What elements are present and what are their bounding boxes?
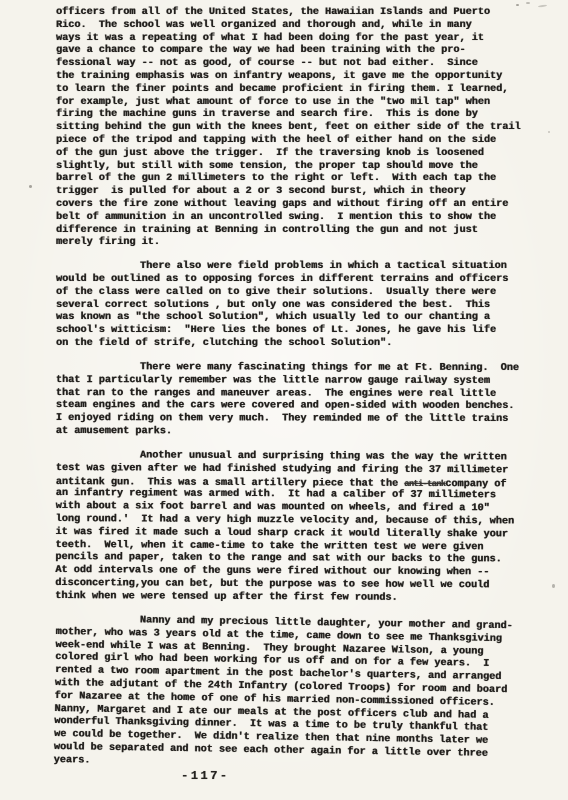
text-line: gave a chance to compare the way we had … [56,45,544,58]
scan-speck [516,4,519,6]
text-line: that I particularly remember was the lit… [56,375,544,389]
line-segment: company of [445,478,506,489]
text-line: covers the fire zone without leaving gap… [56,199,544,212]
text-line: steam engines and the cars were covered … [56,400,544,414]
text-line: I enjoyed riding on them very much. They… [56,413,544,427]
scan-speck [29,185,32,188]
text-line: would be outlined as to opposing forces … [56,274,544,287]
scan-speck [548,131,550,133]
text-line: firing the machine guns in traverse and … [56,109,544,122]
text-line: of the class were called on to give thei… [56,287,544,300]
text-line: merely firing it. [56,237,544,250]
text-line: on the field of strife, clutching the sc… [56,338,544,351]
paragraph-3: There were many fascinating things for m… [56,362,544,440]
text-line: belt of ammunition in an uncontrolled sw… [56,212,544,225]
text-line: school's witticism: "Here lies the bones… [56,325,544,338]
text-line: There were many fascinating things for m… [56,362,544,376]
text-line: difference in training at Benning in con… [56,225,544,238]
typewritten-text-body: officers from all of the United States, … [56,7,544,768]
text-line: at amusement parks. [56,426,544,440]
text-line: Rico. The school was well organized and … [56,20,544,33]
text-line: officers from all of the United States, … [56,7,544,20]
text-line: test was given after we had finished stu… [56,462,544,477]
text-line: of the gun just above the trigger. If th… [56,148,544,161]
text-line: to learn the finer points and became pro… [56,84,544,97]
text-line: was known as "the school Solution", whic… [56,312,544,325]
paragraph-2: There also were field problems in which … [56,261,544,351]
paragraph-5: Nanny and my precious little daughter, y… [54,614,544,775]
text-line: the training emphasis was on infantry we… [56,71,544,84]
text-line: sitting behind the gun with the knees be… [56,122,544,135]
page-number: -117- [181,769,230,783]
paragraph-4: Another unusual and surprising thing was… [55,450,544,606]
text-line: slightly, but still with some tension, t… [56,161,544,174]
scan-speck [552,584,555,588]
text-line: that ran to the ranges and maneuver area… [56,387,544,401]
document-page: officers from all of the United States, … [0,0,568,800]
paragraph-1: officers from all of the United States, … [56,7,544,250]
struck-out-text: anti-tank [404,478,445,488]
text-line: trigger is pulled for about a 2 or 3 sec… [56,186,544,199]
line-segment: antitank gun. This was a small artillery… [56,476,405,489]
text-line: it was fired it made such a loud sharp c… [56,526,544,541]
text-line: ways it was a repeating of what I had be… [56,33,544,46]
text-line: barrel of the gun 2 millimeters to the r… [56,173,544,186]
text-line: several correct solutions , but only one… [56,300,544,313]
scan-speck [526,2,530,4]
text-line: for example, just what amount of force t… [56,97,544,110]
text-line: piece of the tripod and tapping with the… [56,135,544,148]
text-line: There also were field problems in which … [56,261,544,274]
text-line: fessional way -- not as good, of course … [56,58,544,71]
